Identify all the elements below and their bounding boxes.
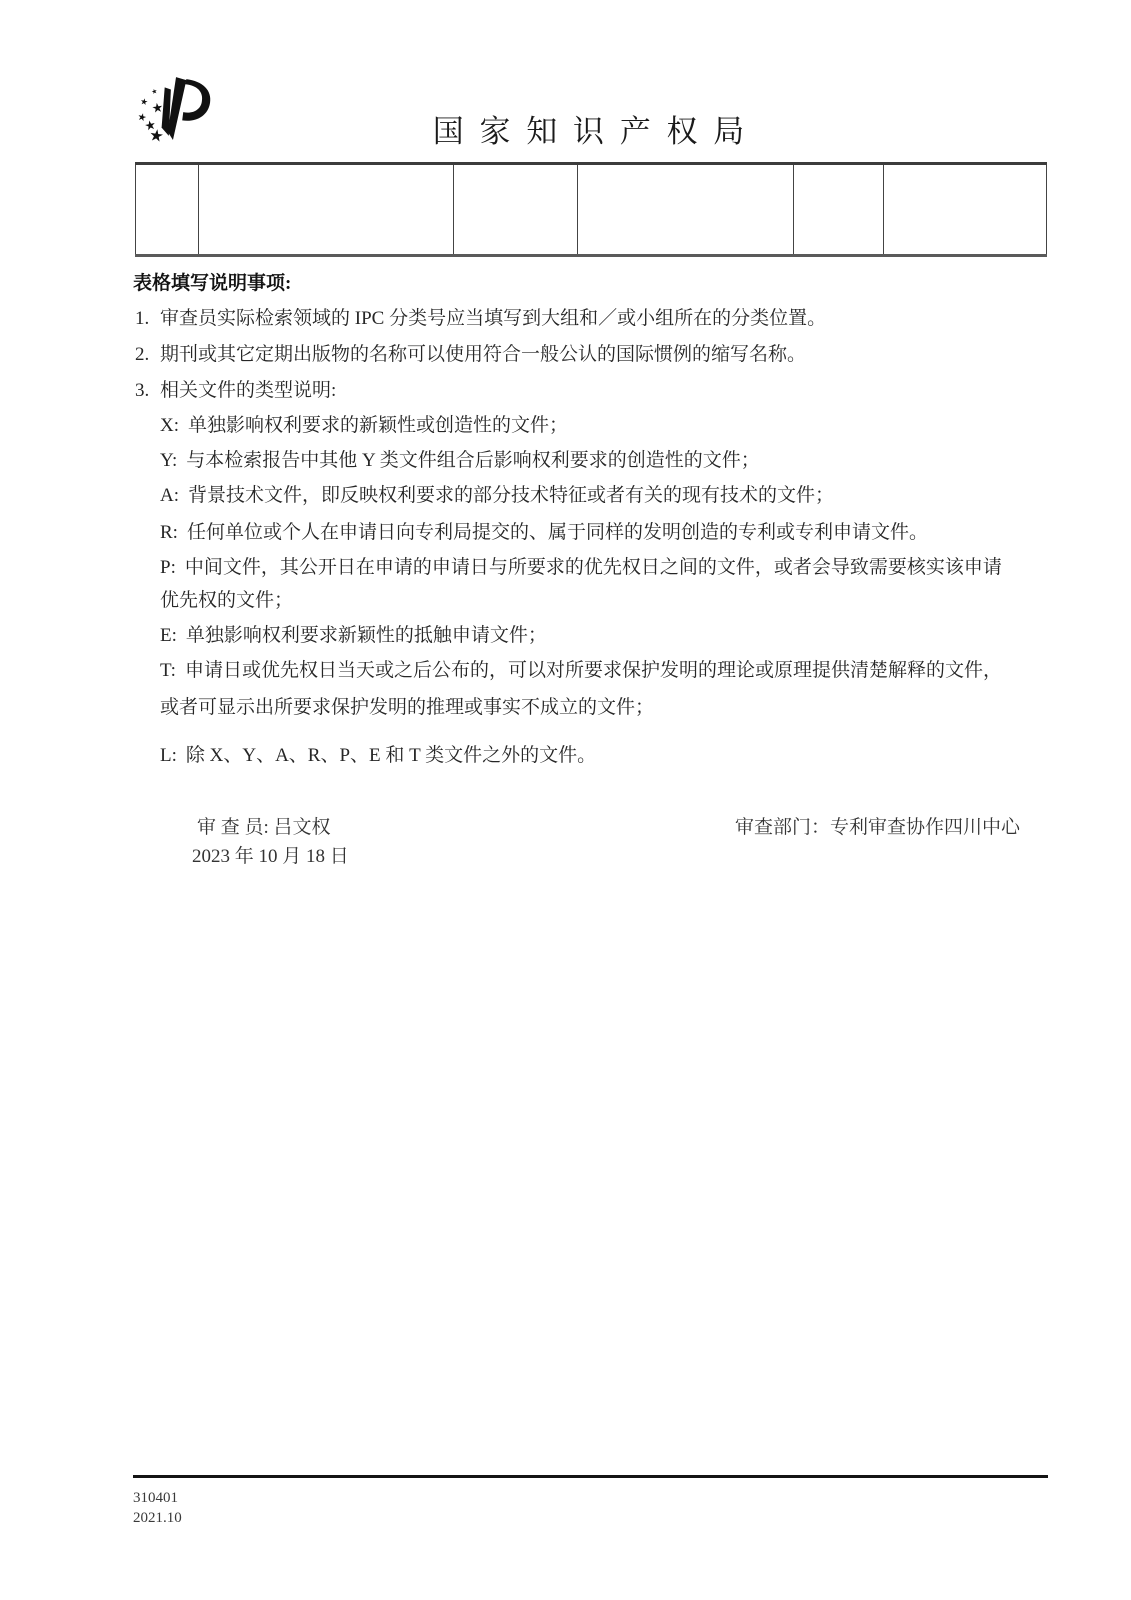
doc-type-line: E:单独影响权利要求新颖性的抵触申请文件； — [160, 624, 547, 647]
doc-type-line: 优先权的文件； — [160, 589, 293, 612]
note-number: 3. — [135, 379, 160, 402]
table-cell — [454, 164, 578, 256]
examiner-label: 审 查 员: — [197, 817, 274, 838]
doc-type-code: X: — [160, 414, 179, 437]
doc-type-text: 单独影响权利要求的新颖性或创造性的文件； — [188, 415, 568, 436]
table-row — [136, 164, 1047, 256]
doc-type-code: L: — [160, 744, 177, 767]
table-cell — [884, 164, 1047, 256]
examiner-name: 吕文权 — [274, 817, 331, 838]
form-code: 310401 — [133, 1489, 178, 1508]
doc-type-line: P:中间文件，其公开日在申请的申请日与所要求的优先权日之间的文件，或者会导致需要… — [160, 556, 1002, 579]
doc-type-code: R: — [160, 521, 178, 544]
note-item: 1.审查员实际检索领域的 IPC 分类号应当填写到大组和／或小组所在的分类位置。 — [135, 307, 826, 330]
table-cell — [199, 164, 454, 256]
examiner-date: 2023 年 10 月 18 日 — [192, 845, 349, 868]
doc-type-code: A: — [160, 484, 179, 507]
doc-type-line: L:除 X、Y、A、R、P、E 和 T 类文件之外的文件。 — [160, 744, 596, 767]
doc-type-line: Y:与本检索报告中其他 Y 类文件组合后影响权利要求的创造性的文件； — [160, 449, 760, 472]
note-item: 2.期刊或其它定期出版物的名称可以使用符合一般公认的国际惯例的缩写名称。 — [135, 343, 806, 366]
doc-type-line: 或者可显示出所要求保护发明的推理或事实不成立的文件； — [160, 696, 654, 719]
department-name: 专利审查协作四川中心 — [830, 817, 1020, 838]
note-number: 1. — [135, 307, 160, 330]
doc-type-text: 背景技术文件，即反映权利要求的部分技术特征或者有关的现有技术的文件； — [188, 485, 834, 506]
table-cell — [136, 164, 199, 256]
note-text: 相关文件的类型说明: — [160, 380, 336, 401]
doc-type-text: 优先权的文件； — [160, 590, 293, 611]
doc-type-text: 或者可显示出所要求保护发明的推理或事实不成立的文件； — [160, 697, 654, 718]
doc-type-text: 中间文件，其公开日在申请的申请日与所要求的优先权日之间的文件，或者会导致需要核实… — [185, 557, 1002, 578]
page-title: 国 家 知 识 产 权 局 — [135, 106, 1046, 151]
continuation-table — [135, 162, 1047, 257]
notes-heading: 表格填写说明事项: — [133, 272, 291, 295]
note-number: 2. — [135, 343, 160, 366]
doc-type-text: 申请日或优先权日当天或之后公布的，可以对所要求保护发明的理论或原理提供清楚解释的… — [185, 660, 1002, 681]
footer-divider — [133, 1475, 1048, 1478]
note-item: 3.相关文件的类型说明: — [135, 379, 336, 402]
note-text: 期刊或其它定期出版物的名称可以使用符合一般公认的国际惯例的缩写名称。 — [160, 344, 806, 365]
table-cell — [794, 164, 884, 256]
doc-type-code: T: — [160, 659, 176, 682]
doc-type-code: E: — [160, 624, 177, 647]
form-version: 2021.10 — [133, 1509, 182, 1528]
doc-type-line: R:任何单位或个人在申请日向专利局提交的、属于同样的发明创造的专利或专利申请文件… — [160, 521, 928, 544]
doc-type-code: Y: — [160, 449, 177, 472]
document-page: 国 家 知 识 产 权 局 表格填写说明事项: 1.审查员实际检索领域的 IPC… — [0, 0, 1131, 1600]
doc-type-text: 除 X、Y、A、R、P、E 和 T 类文件之外的文件。 — [186, 745, 596, 766]
doc-type-text: 任何单位或个人在申请日向专利局提交的、属于同样的发明创造的专利或专利申请文件。 — [187, 522, 928, 543]
doc-type-text: 单独影响权利要求新颖性的抵触申请文件； — [186, 625, 547, 646]
doc-type-line: A:背景技术文件，即反映权利要求的部分技术特征或者有关的现有技术的文件； — [160, 484, 834, 507]
doc-type-text: 与本检索报告中其他 Y 类文件组合后影响权利要求的创造性的文件； — [186, 450, 760, 471]
doc-type-code: P: — [160, 556, 176, 579]
table-cell — [578, 164, 794, 256]
examiner-line: 审 查 员: 吕文权 — [197, 816, 331, 839]
department-label: 审查部门： — [735, 817, 830, 838]
note-text: 审查员实际检索领域的 IPC 分类号应当填写到大组和／或小组所在的分类位置。 — [160, 308, 826, 329]
doc-type-line: T:申请日或优先权日当天或之后公布的，可以对所要求保护发明的理论或原理提供清楚解… — [160, 659, 1002, 682]
department-line: 审查部门：专利审查协作四川中心 — [735, 816, 1020, 839]
doc-type-line: X:单独影响权利要求的新颖性或创造性的文件； — [160, 414, 568, 437]
